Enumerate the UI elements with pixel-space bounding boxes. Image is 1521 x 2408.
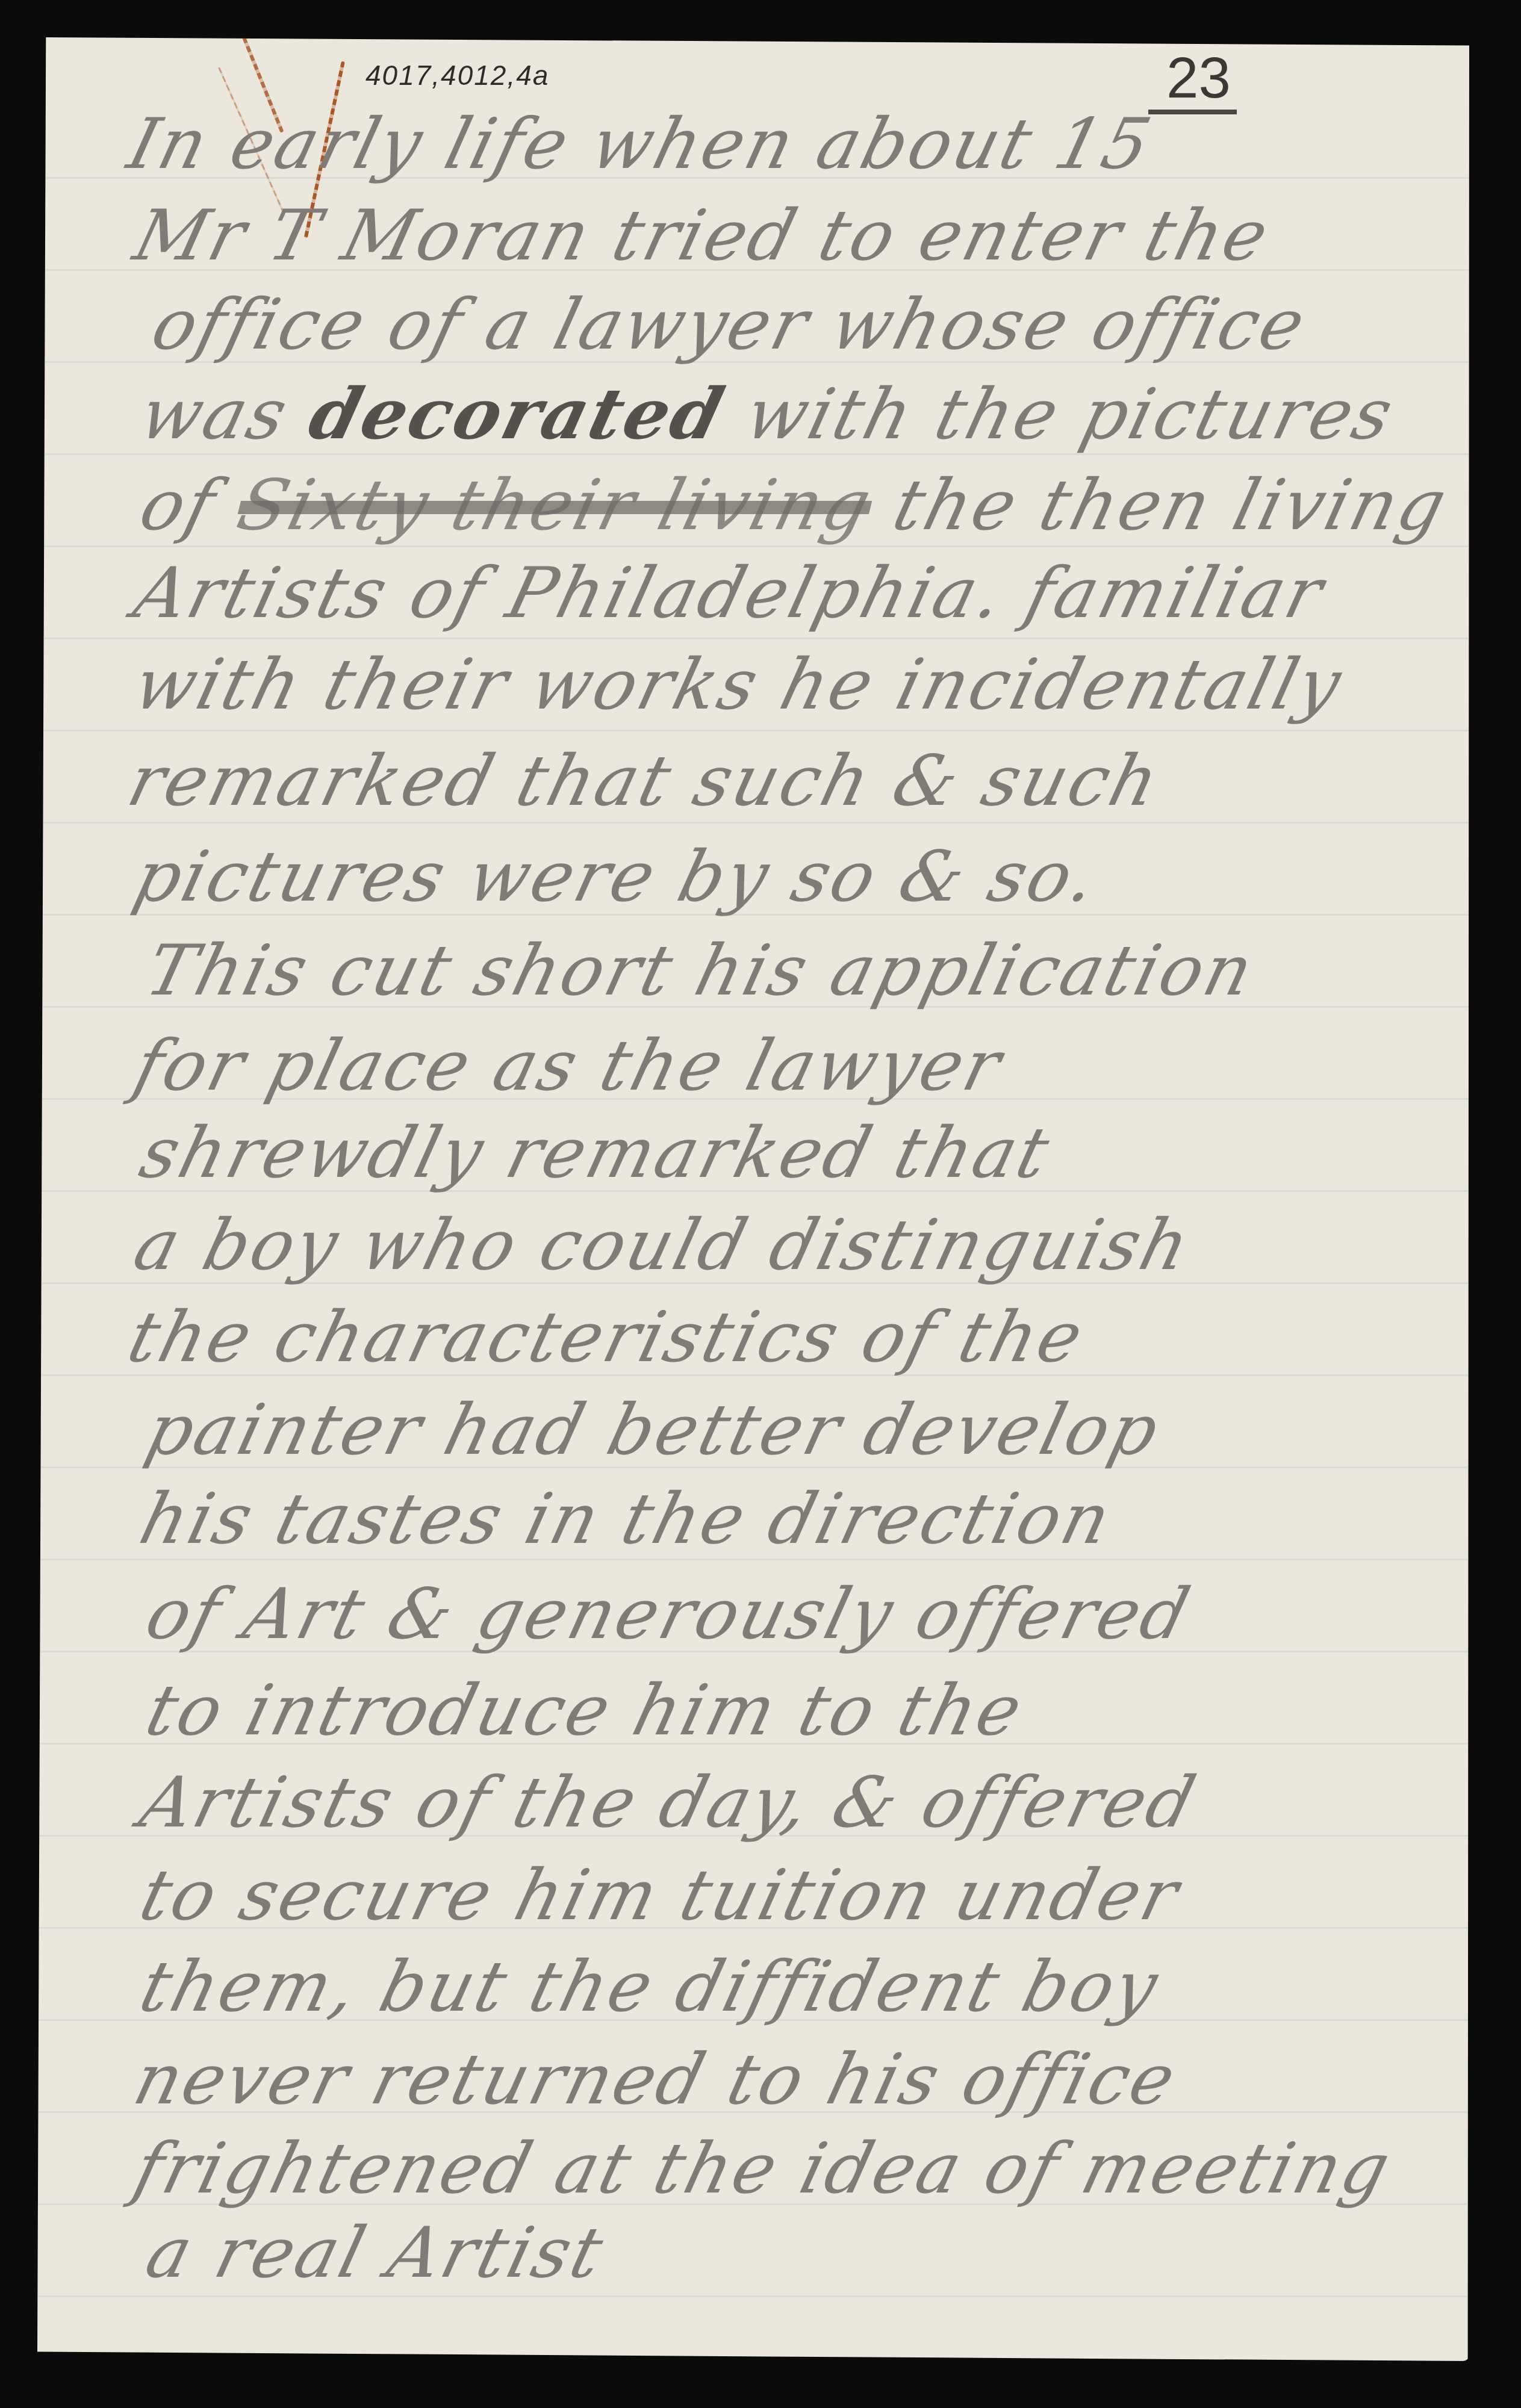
ruled-line: [37, 730, 1469, 731]
line-text: a real Artist: [138, 2212, 613, 2294]
handwritten-line: to introduce him to the: [140, 1676, 1030, 1746]
handwritten-line: shrewdly remarked that: [134, 1119, 1057, 1188]
line-text: pictures were by so & so.: [126, 836, 1107, 917]
page-number: 23: [1148, 49, 1237, 114]
handwritten-line: was decorated with the pictures: [134, 379, 1401, 450]
overwritten-word: decorated: [302, 373, 734, 455]
archive-reference-number: 4017,4012,4a: [365, 59, 549, 92]
line-text: to introduce him to the: [138, 1670, 1032, 1751]
line-text: the then living: [861, 465, 1457, 546]
line-text: This cut short his application: [138, 930, 1263, 1011]
line-text: remarked that such & such: [120, 740, 1169, 822]
handwritten-line: with their works he incidentally: [128, 650, 1349, 720]
struck-out-text: Sixty their living: [229, 465, 881, 546]
handwritten-line: of Sixty their living the then living: [134, 471, 1455, 541]
line-text: to secure him tuition under: [132, 1855, 1189, 1936]
line-text: frightened at the idea of meeting: [126, 2128, 1400, 2209]
ruled-line: [37, 638, 1469, 639]
handwritten-line: the characteristics of the: [122, 1303, 1091, 1373]
handwritten-line: Artists of Philadelphia. familiar: [128, 559, 1331, 628]
handwritten-line: In early life when about 15: [122, 110, 1159, 179]
line-text: Artists of the day, & offered: [132, 1762, 1205, 1843]
handwritten-line: This cut short his application: [140, 936, 1261, 1006]
line-text: of Art & generously offered: [138, 1574, 1199, 1655]
handwritten-line: them, but the diffident boy: [134, 1952, 1166, 2022]
handwritten-line: pictures were by so & so.: [128, 842, 1105, 912]
line-text: a boy who could distinguish: [126, 1205, 1199, 1286]
line-text: painter had better develop: [138, 1389, 1169, 1471]
handwritten-line: of Art & generously offered: [140, 1580, 1198, 1649]
line-text: was: [132, 374, 322, 455]
handwritten-line: a real Artist: [140, 2218, 611, 2288]
handwritten-line: remarked that such & such: [122, 746, 1168, 816]
handwritten-line: office of a lawyer whose office: [146, 290, 1313, 360]
handwritten-line: Mr T Moran tried to enter the: [128, 201, 1277, 271]
line-text: office of a lawyer whose office: [145, 284, 1315, 365]
line-text: Artists of Philadelphia. familiar: [126, 553, 1333, 634]
handwritten-line: Artists of the day, & offered: [134, 1768, 1204, 1838]
handwritten-line: to secure him tuition under: [134, 1861, 1187, 1931]
line-text: In early life when about 15: [120, 104, 1161, 185]
handwritten-line: frightened at the idea of meeting: [128, 2134, 1398, 2204]
line-text: shrewdly remarked that: [132, 1112, 1059, 1194]
ruled-line: [37, 822, 1469, 824]
ruled-line: [37, 2295, 1469, 2297]
line-text: never returned to his office: [126, 2039, 1186, 2120]
line-text: for place as the lawyer: [126, 1025, 1011, 1106]
line-text: the characteristics of the: [120, 1297, 1093, 1378]
handwritten-line: painter had better develop: [140, 1395, 1167, 1465]
line-text: with their works he incidentally: [126, 644, 1351, 725]
line-text: with the pictures: [713, 374, 1402, 455]
handwritten-line: his tastes in the direction: [134, 1485, 1119, 1554]
line-text: them, but the diffident boy: [132, 1946, 1168, 2028]
handwritten-line: for place as the lawyer: [128, 1031, 1010, 1101]
manuscript-page: 4017,4012,4a 23 In early life when about…: [37, 37, 1469, 2361]
line-text: his tastes in the direction: [132, 1479, 1121, 1560]
line-text: Mr T Moran tried to enter the: [126, 195, 1278, 276]
handwritten-line: a boy who could distinguish: [128, 1211, 1198, 1280]
handwritten-line: never returned to his office: [128, 2045, 1184, 2115]
